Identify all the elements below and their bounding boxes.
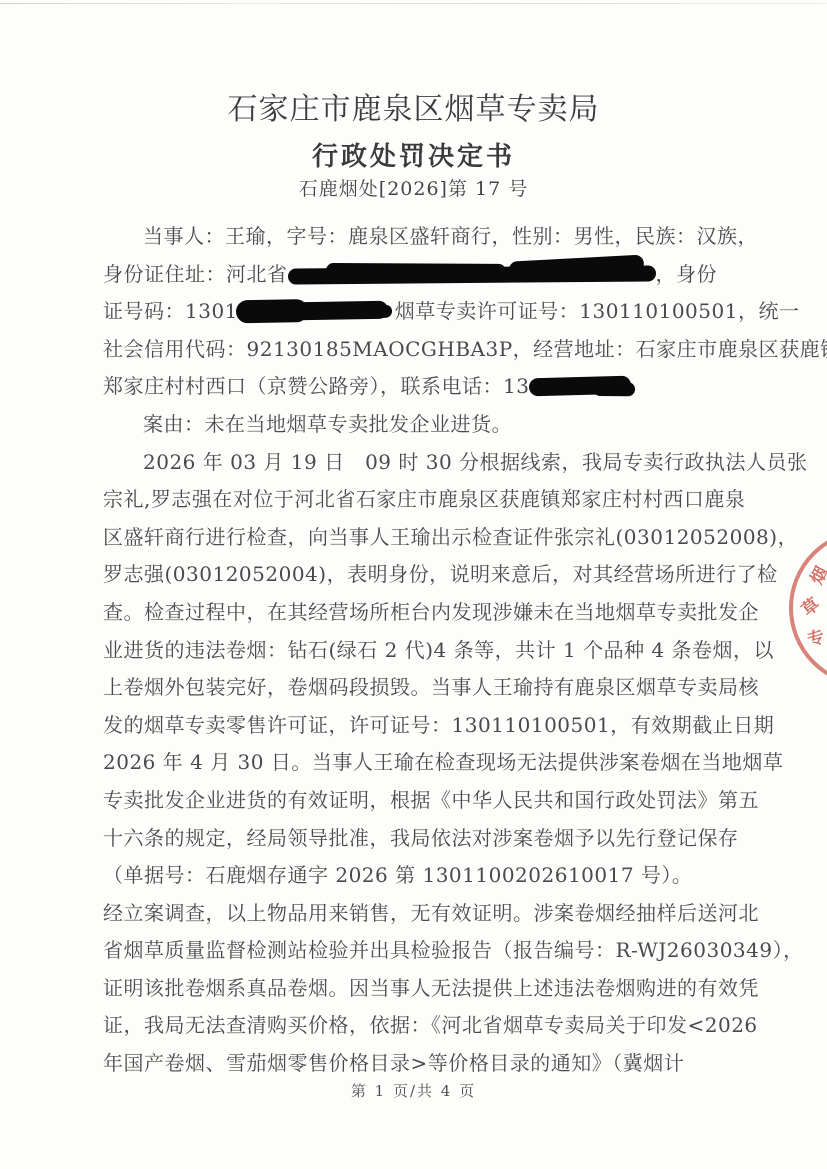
document-line: 经立案调查，以上物品用来销售，无有效证明。涉案卷烟经抽样后送河北 [103, 895, 743, 933]
line-text: 宗礼,罗志强在对位于河北省石家庄市鹿泉区获鹿镇郑家庄村村西口鹿泉 [103, 487, 745, 511]
line-text: 省烟草质量监督检测站检验并出具检验报告（报告编号：R-WJ26030349）， [103, 938, 804, 962]
document-line: 宗礼,罗志强在对位于河北省石家庄市鹿泉区获鹿镇郑家庄村村西口鹿泉 [103, 481, 743, 519]
document-line: 2026 年 03 月 19 日 09 时 30 分根据线索，我局专卖行政执法人… [103, 444, 743, 482]
document-line: 省烟草质量监督检测站检验并出具检验报告（报告编号：R-WJ26030349）， [103, 932, 743, 970]
line-text: 社会信用代码：92130185MAOCGHBA3P，经营地址：石家庄市鹿泉区获鹿… [103, 337, 827, 361]
document-line: 当事人：王瑜，字号：鹿泉区盛轩商行，性别：男性，民族：汉族， [103, 218, 743, 256]
line-text: 证明该批卷烟系真品卷烟。因当事人无法提供上述违法卷烟购进的有效凭 [103, 976, 759, 1000]
scanned-document-page: 石家庄市鹿泉区烟草专卖局 行政处罚决定书 石鹿烟处[2026]第 17 号 当事… [0, 0, 827, 1169]
document-line: 证，我局无法查清购买价格，依据：《河北省烟草专卖局关于印发<2026 [103, 1007, 743, 1045]
document-line: 专卖批发企业进货的有效证明，根据《中华人民共和国行政处罚法》第五 [103, 782, 743, 820]
document-line: 十六条的规定，经局领导批准，我局依法对涉案卷烟予以先行登记保存 [103, 820, 743, 858]
document-body: 当事人：王瑜，字号：鹿泉区盛轩商行，性别：男性，民族：汉族，身份证住址：河北省，… [103, 218, 743, 1083]
document-line: 郑家庄村村西口（京赞公路旁），联系电话：13 [103, 368, 743, 406]
line-text: （单据号：石鹿烟存通字 2026 第 1301100202610017 号）。 [103, 863, 692, 887]
line-text: 十六条的规定，经局领导批准，我局依法对涉案卷烟予以先行登记保存 [103, 826, 739, 850]
line-text: 证，我局无法查清购买价格，依据：《河北省烟草专卖局关于印发<2026 [103, 1013, 758, 1037]
line-text: 证号码：1301 [103, 299, 238, 323]
line-text: 专卖批发企业进货的有效证明，根据《中华人民共和国行政处罚法》第五 [103, 788, 759, 812]
line-text: 经立案调查，以上物品用来销售，无有效证明。涉案卷烟经抽样后送河北 [103, 901, 759, 925]
document-line: 业进货的违法卷烟：钻石(绿石 2 代)4 条等，共计 1 个品种 4 条卷烟，以 [103, 632, 743, 670]
document-line: 证明该批卷烟系真品卷烟。因当事人无法提供上述违法卷烟购进的有效凭 [103, 970, 743, 1008]
line-text: 2026 年 03 月 19 日 09 时 30 分根据线索，我局专卖行政执法人… [143, 450, 808, 474]
document-line: 查。检查过程中，在其经营场所柜台内发现涉嫌未在当地烟草专卖批发企 [103, 594, 743, 632]
document-line: 罗志强(03012052004)，表明身份，说明来意后，对其经营场所进行了检 [103, 556, 743, 594]
line-text: 年国产卷烟、雪茄烟零售价格目录>等价格目录的通知》（冀烟计 [103, 1051, 684, 1075]
line-text: 罗志强(03012052004)，表明身份，说明来意后，对其经营场所进行了检 [103, 562, 778, 586]
line-text: 身份证住址：河北省 [103, 262, 288, 286]
redaction-bar [529, 376, 631, 397]
document-line: 证号码：1301 烟草专卖许可证号：130110100501，统一 [103, 293, 743, 331]
scan-edge-artifact [0, 3, 827, 4]
line-text: 郑家庄村村西口（京赞公路旁），联系电话：13 [103, 374, 529, 398]
line-text: 发的烟草专卖零售许可证，许可证号：130110100501，有效期截止日期 [103, 713, 774, 737]
document-line: 发的烟草专卖零售许可证，许可证号：130110100501，有效期截止日期 [103, 707, 743, 745]
document-line: 年国产卷烟、雪茄烟零售价格目录>等价格目录的通知》（冀烟计 [103, 1045, 743, 1083]
document-line: 案由：未在当地烟草专卖批发企业进货。 [103, 406, 743, 444]
document-number: 石鹿烟处[2026]第 17 号 [0, 174, 827, 201]
redaction-bar [287, 265, 655, 284]
line-text: 案由：未在当地烟草专卖批发企业进货。 [143, 412, 512, 436]
redaction-bar [238, 301, 388, 322]
page-footer: 第 1 页/共 4 页 [0, 1080, 827, 1101]
line-text: ，身份 [656, 262, 718, 286]
document-line: 2026 年 4 月 30 日。当事人王瑜在检查现场无法提供涉案卷烟在当地烟草 [103, 744, 743, 782]
line-text: 当事人：王瑜，字号：鹿泉区盛轩商行，性别：男性，民族：汉族， [143, 224, 758, 248]
org-title: 石家庄市鹿泉区烟草专卖局 [0, 84, 827, 128]
line-text: 业进货的违法卷烟：钻石(绿石 2 代)4 条等，共计 1 个品种 4 条卷烟，以 [103, 638, 774, 662]
line-text: 区盛轩商行进行检查，向当事人王瑜出示检查证件张宗礼(03012052008)， [103, 525, 798, 549]
document-title: 行政处罚决定书 [0, 136, 827, 173]
line-text: 烟草专卖许可证号：130110100501，统一 [388, 299, 800, 323]
document-line: 区盛轩商行进行检查，向当事人王瑜出示检查证件张宗礼(03012052008)， [103, 519, 743, 557]
document-line: （单据号：石鹿烟存通字 2026 第 1301100202610017 号）。 [103, 857, 743, 895]
line-text: 上卷烟外包装完好，卷烟码段损毁。当事人王瑜持有鹿泉区烟草专卖局核 [103, 675, 759, 699]
document-line: 社会信用代码：92130185MAOCGHBA3P，经营地址：石家庄市鹿泉区获鹿… [103, 331, 743, 369]
document-line: 身份证住址：河北省，身份 [103, 256, 743, 294]
line-text: 2026 年 4 月 30 日。当事人王瑜在检查现场无法提供涉案卷烟在当地烟草 [103, 750, 783, 774]
document-line: 上卷烟外包装完好，卷烟码段损毁。当事人王瑜持有鹿泉区烟草专卖局核 [103, 669, 743, 707]
line-text: 查。检查过程中，在其经营场所柜台内发现涉嫌未在当地烟草专卖批发企 [103, 600, 759, 624]
